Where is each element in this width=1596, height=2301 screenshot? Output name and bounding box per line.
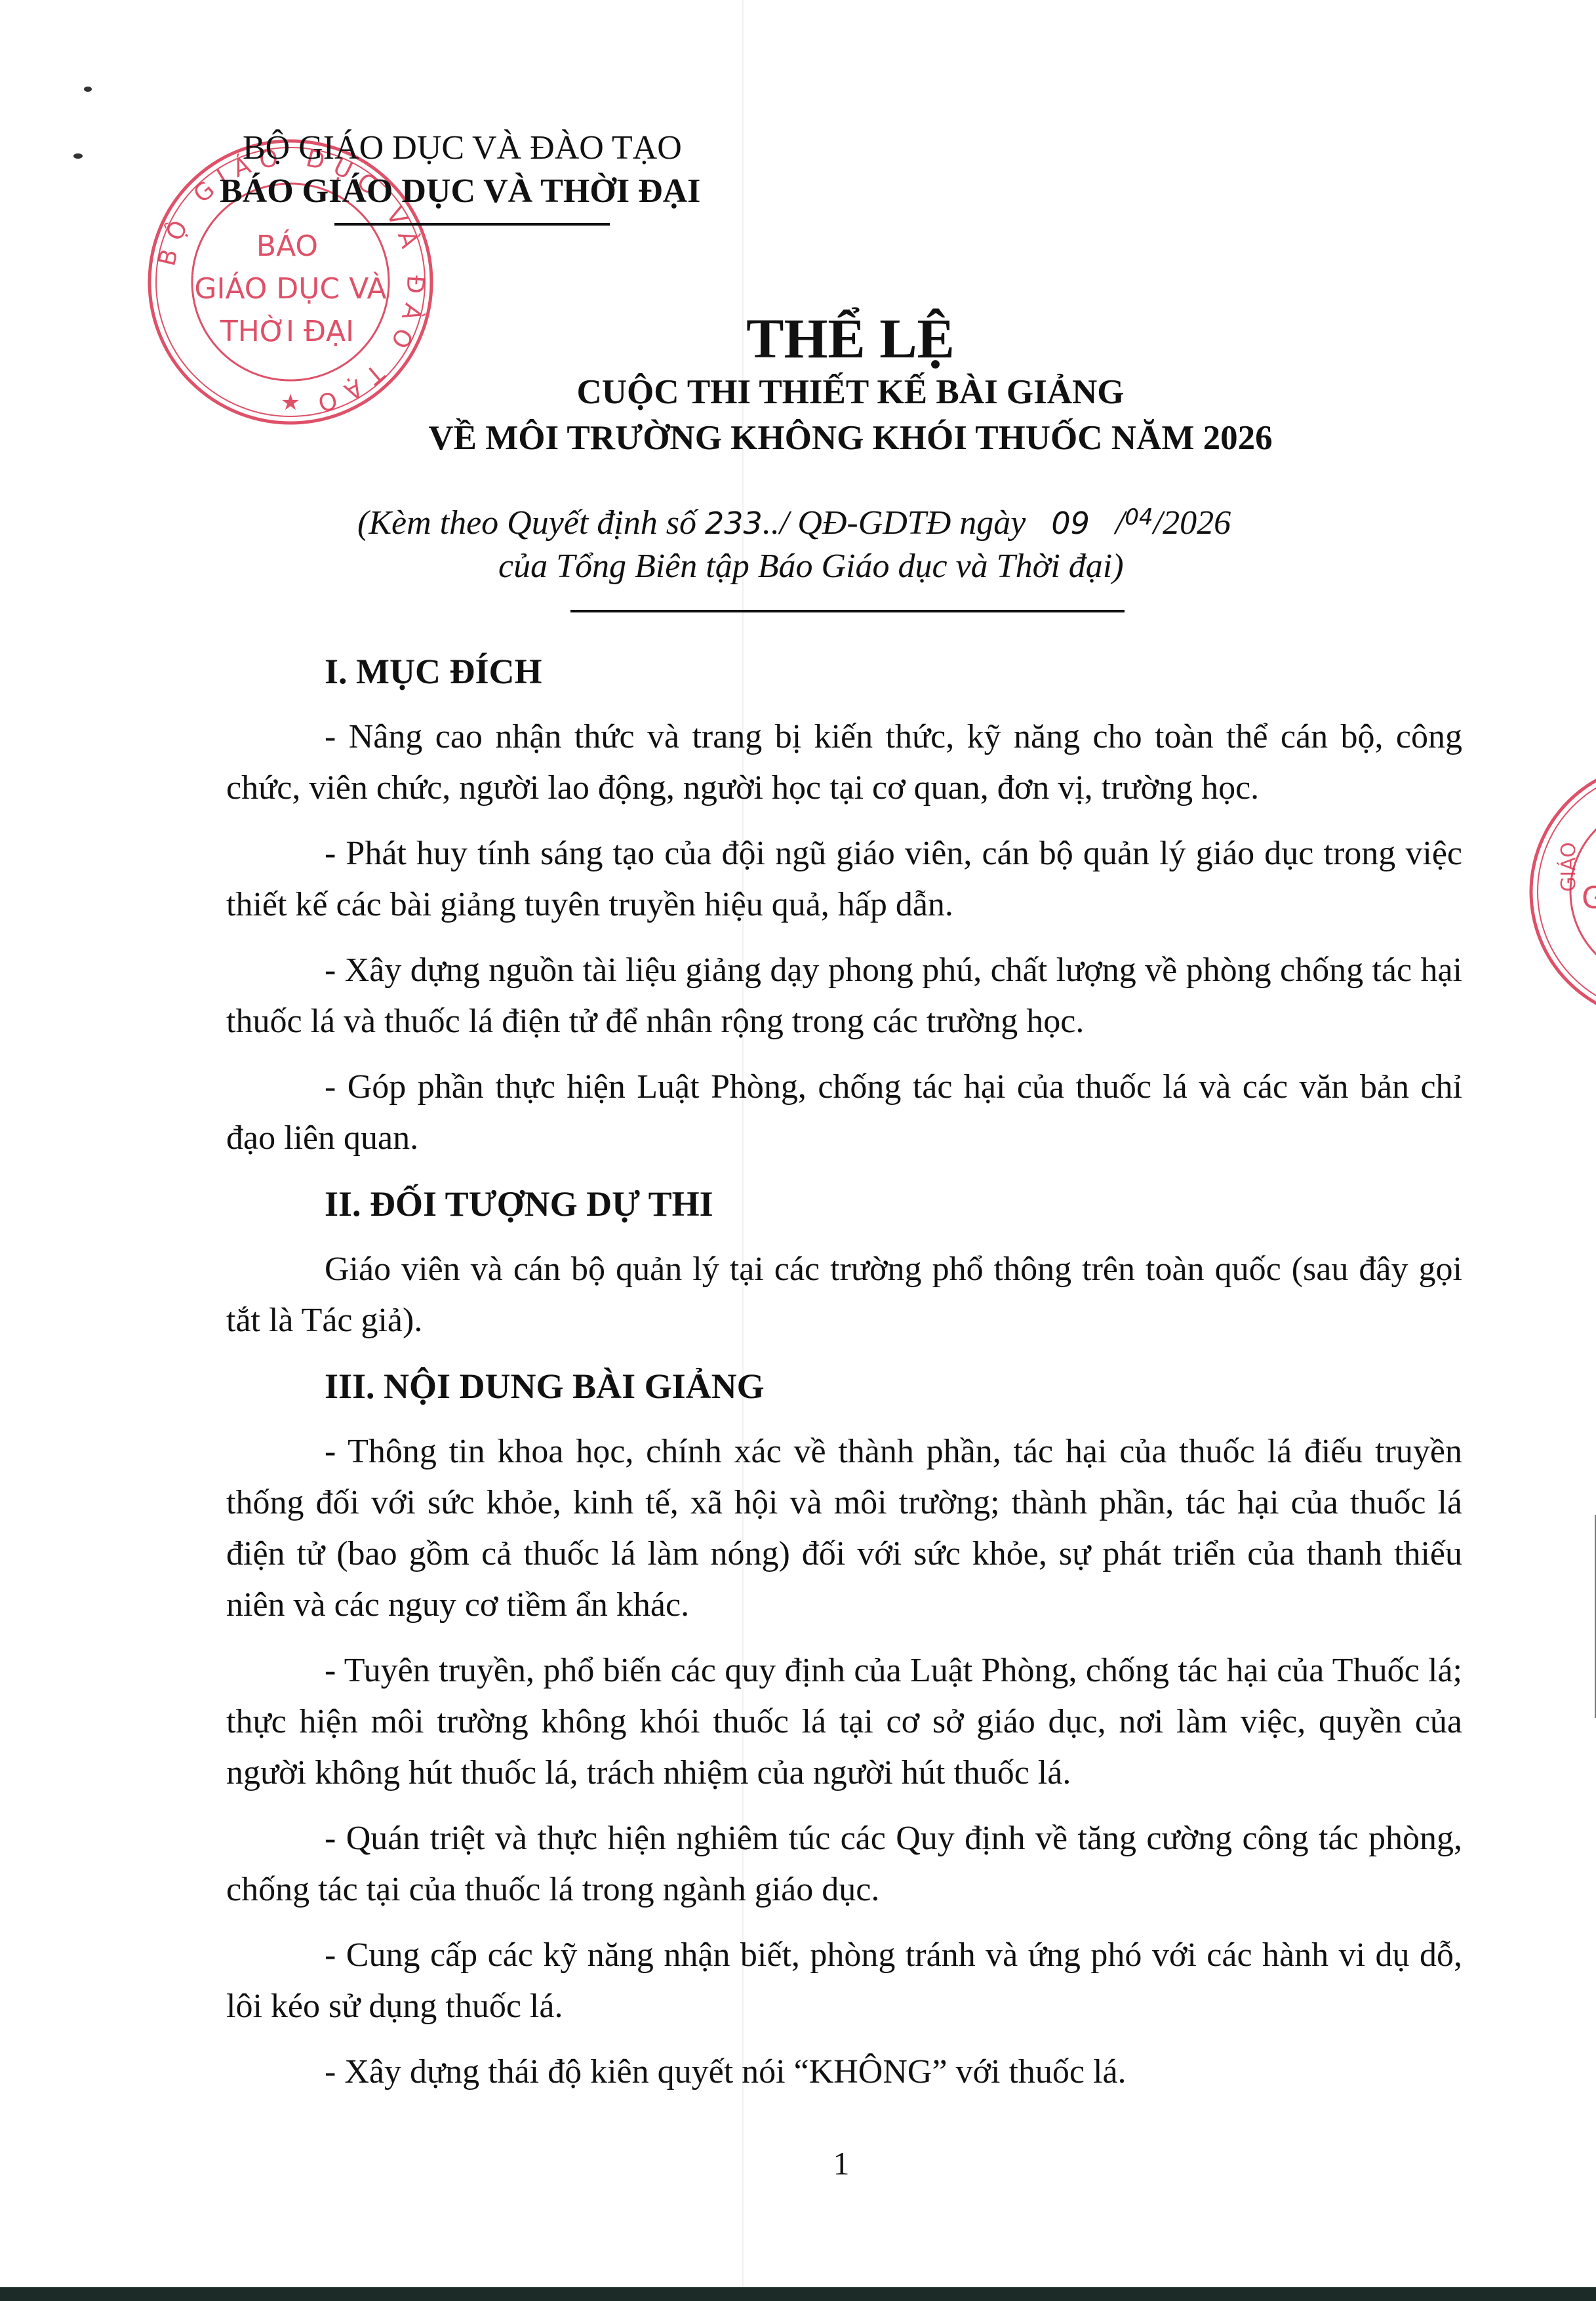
section-heading-purpose: I. MỤC ĐÍCH (226, 646, 1462, 697)
decision-year: /2026 (1153, 504, 1231, 542)
month-separator: / (1107, 504, 1125, 542)
document-subtitle-line2: VỀ MÔI TRƯỜNG KHÔNG KHÓI THUỐC NĂM 2026 (0, 418, 1596, 458)
decision-number-handwritten: 233 (705, 506, 763, 541)
reference-prefix: (Kèm theo Quyết định số (357, 504, 705, 542)
paragraph: Giáo viên và cán bộ quản lý tại các trườ… (226, 1244, 1462, 1346)
paragraph: - Tuyên truyền, phổ biến các quy định củ… (226, 1645, 1462, 1799)
document-title: THỂ LỆ (0, 306, 1596, 371)
page-number: 1 (0, 2144, 1596, 2182)
scan-speck (73, 153, 83, 159)
paragraph: - Xây dựng thái độ kiên quyết nói “KHÔNG… (226, 2047, 1462, 2098)
partial-stamp-ring: GIÁO (1557, 842, 1580, 892)
paragraph: - Góp phần thực hiện Luật Phòng, chống t… (226, 1062, 1462, 1164)
header-underline (334, 223, 610, 226)
scan-speck (84, 87, 92, 92)
decision-day-handwritten: 09 (1051, 506, 1090, 541)
paragraph: - Nâng cao nhận thức và trang bị kiến th… (226, 711, 1462, 814)
document-body: I. MỤC ĐÍCH - Nâng cao nhận thức và tran… (226, 646, 1462, 2098)
section-heading-content: III. NỘI DUNG BÀI GIẢNG (226, 1361, 1462, 1412)
stamp-center-line2: GIÁO DỤC VÀ (194, 271, 386, 306)
section-heading-participants: II. ĐỐI TƯỢNG DỰ THI (226, 1178, 1462, 1230)
organization-name: BÁO GIÁO DỤC VÀ THỜI ĐẠI (220, 172, 700, 210)
decision-month-handwritten: 04 (1125, 504, 1153, 530)
reference-issuer: của Tổng Biên tập Báo Giáo dục và Thời đ… (498, 547, 1124, 586)
reference-underline (570, 610, 1125, 612)
paragraph: - Phát huy tính sáng tạo của đội ngũ giá… (226, 828, 1462, 930)
document-subtitle-line1: CUỘC THI THIẾT KẾ BÀI GIẢNG (0, 372, 1596, 412)
stamp-center-line1: BÁO (256, 228, 318, 263)
decision-reference: (Kèm theo Quyết định số 233../ QĐ-GDTĐ n… (357, 504, 1231, 542)
paragraph: - Cung cấp các kỹ năng nhận biết, phòng … (226, 1930, 1462, 2032)
paragraph: - Xây dựng nguồn tài liệu giảng dạy phon… (226, 945, 1462, 1047)
partial-stamp-center: G (1582, 880, 1596, 915)
reference-dots: .. (763, 504, 780, 542)
scan-bottom-edge (0, 2287, 1596, 2301)
reference-code: / QĐ-GDTĐ ngày (780, 504, 1035, 542)
ministry-name: BỘ GIÁO DỤC VÀ ĐÀO TẠO (243, 129, 682, 167)
paragraph: - Quán triệt và thực hiện nghiêm túc các… (226, 1813, 1462, 1915)
partial-stamp: GIÁO G (1528, 761, 1596, 1023)
paragraph: - Thông tin khoa học, chính xác về thành… (226, 1426, 1462, 1631)
